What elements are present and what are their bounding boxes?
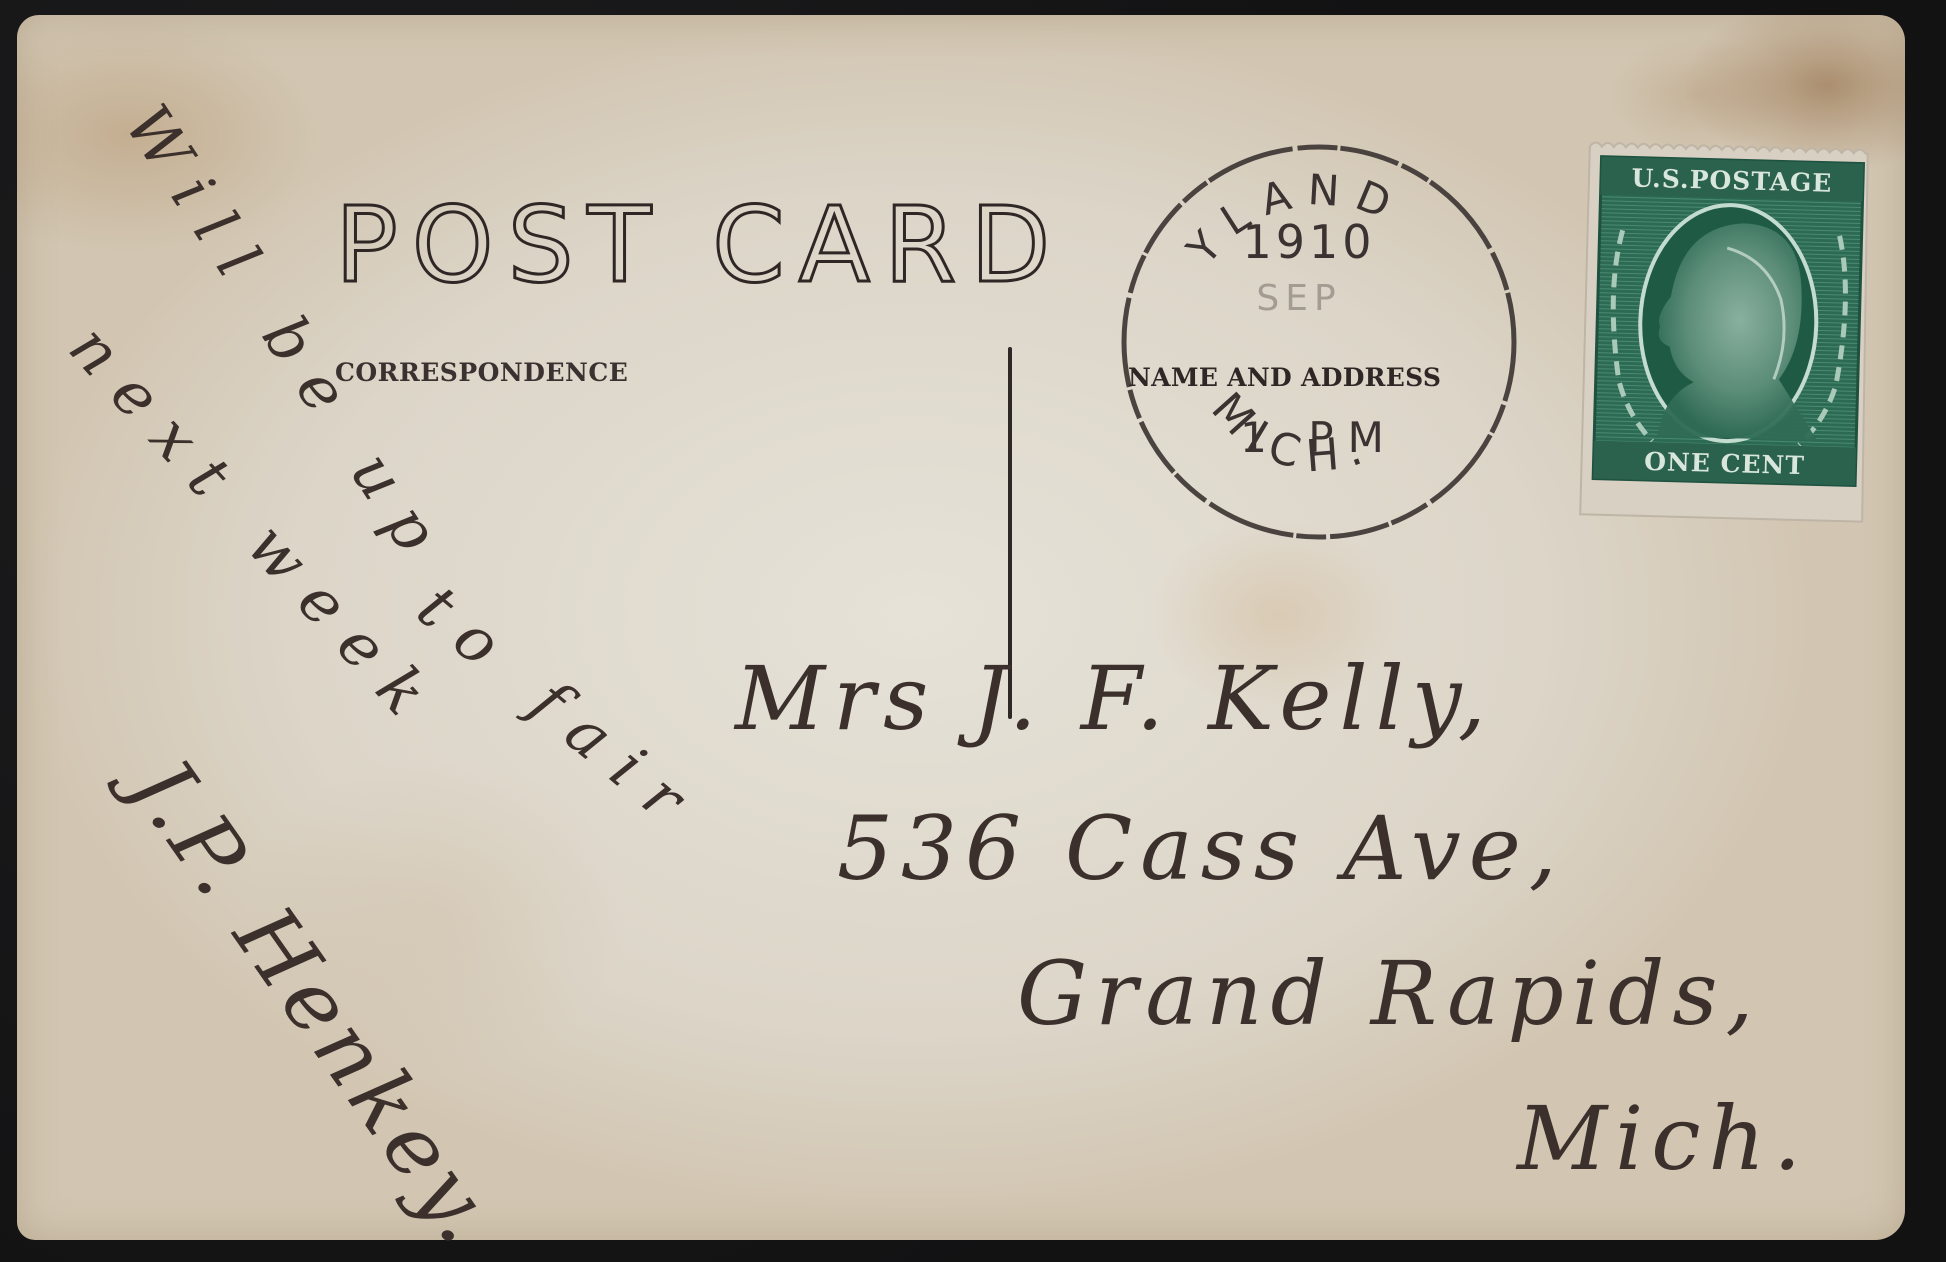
recipient-street: 536 Cass Ave, — [837, 805, 1565, 893]
postage-stamp: U.S.POSTAGE ONE CENT — [1570, 134, 1880, 532]
postcard-back: POST CARD CORRESPONDENCE YLAND 1910 SEP … — [17, 15, 1905, 1240]
message-line-1: Will be up — [115, 95, 460, 580]
stamp-top-text: U.S.POSTAGE — [1631, 164, 1832, 198]
message-line-2: to fair — [407, 575, 711, 844]
postmark-cancel: YLAND 1910 SEP 1 PM MICH. — [1117, 140, 1521, 544]
signature: J.P. Henkey. — [117, 745, 515, 1262]
recipient-city: Grand Rapids, — [1017, 950, 1762, 1038]
correspondence-label: CORRESPONDENCE — [335, 358, 628, 387]
stamp-bottom-text: ONE CENT — [1644, 447, 1806, 480]
postcard-heading: POST CARD — [335, 193, 1064, 297]
postmark-state: MICH. — [1201, 383, 1379, 482]
name-and-address-label: NAME AND ADDRESS — [1128, 363, 1441, 392]
recipient-name: Mrs J. F. Kelly, — [735, 655, 1494, 743]
postmark-month: SEP — [1256, 278, 1341, 319]
recipient-state: Mich. — [1517, 1095, 1809, 1183]
postmark-year: 1910 — [1242, 215, 1375, 269]
